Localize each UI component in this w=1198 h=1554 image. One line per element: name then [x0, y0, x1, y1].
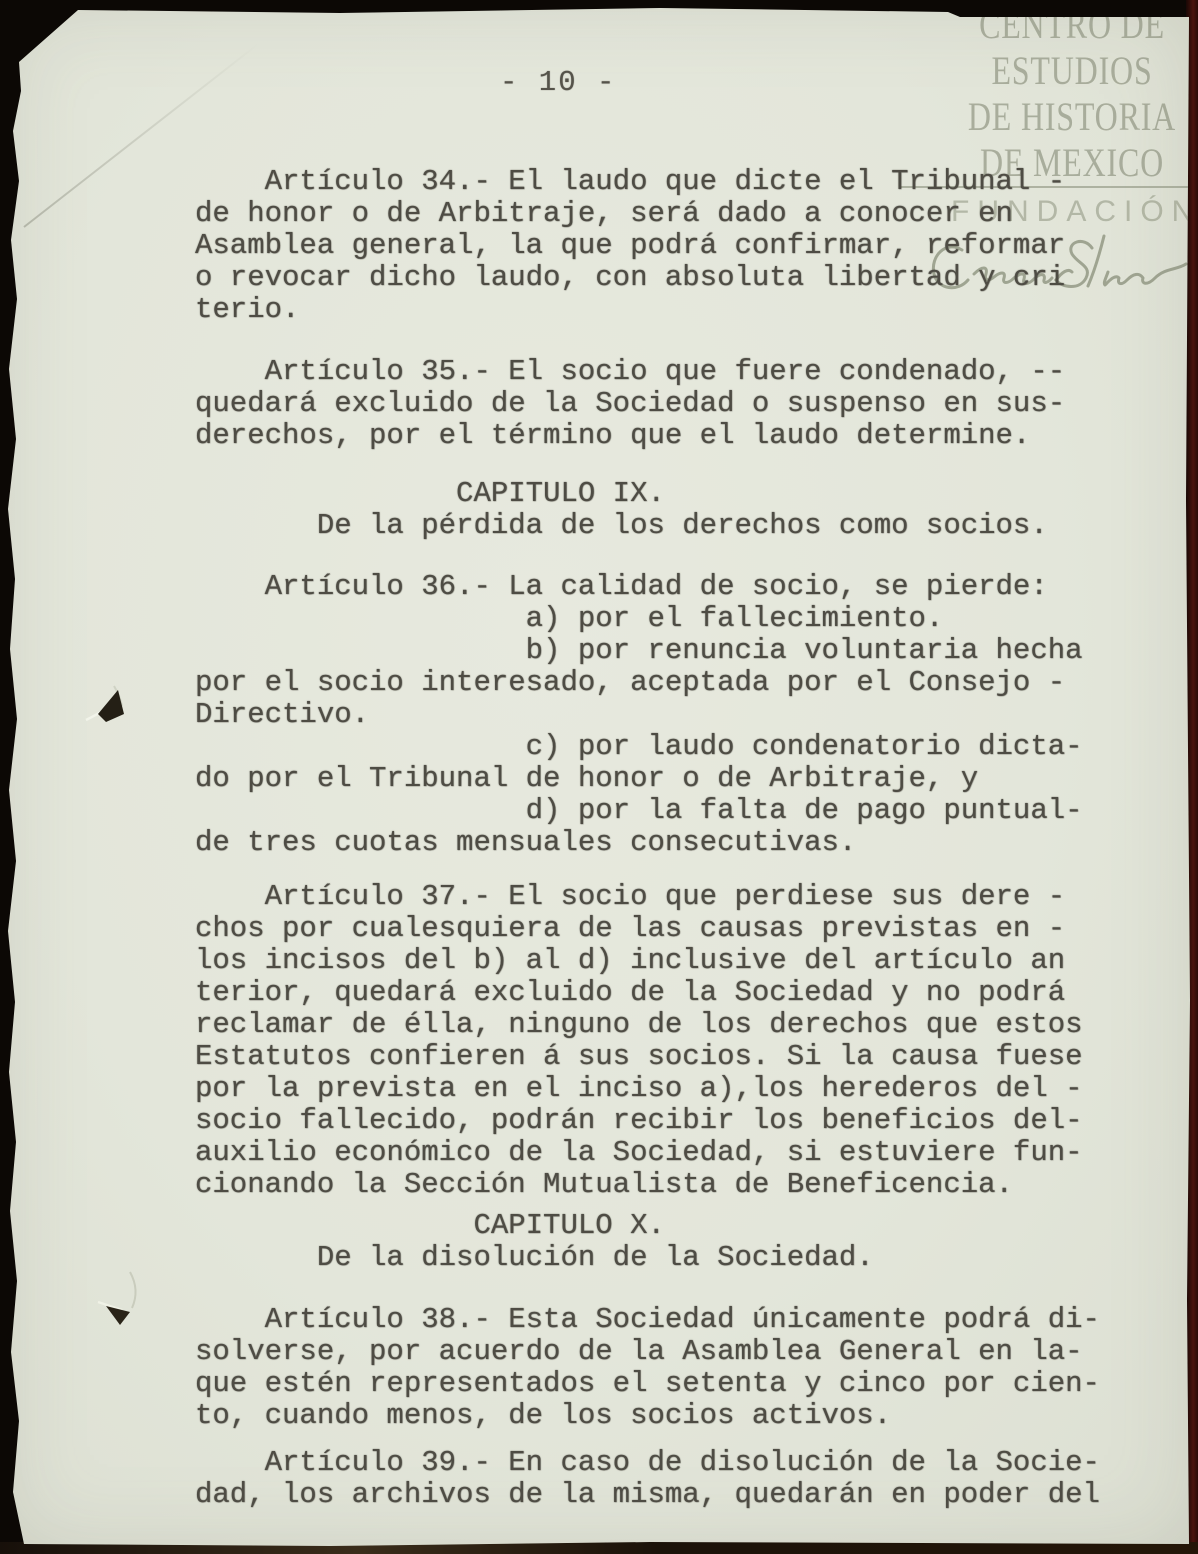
archive-watermark: CENTRO DE ESTUDIOS DE HISTORIA DE MEXICO	[952, 2, 1192, 186]
paper-tear-mark	[84, 680, 134, 735]
article-39-paragraph: Artículo 39.- En caso de disolución de l…	[195, 1447, 1100, 1511]
document-page: CENTRO DE ESTUDIOS DE HISTORIA DE MEXICO…	[0, 0, 1198, 1554]
article-35-paragraph: Artículo 35.- El socio que fuere condena…	[195, 356, 1065, 452]
chapter-x-heading: CAPITULO X. De la disolución de la Socie…	[195, 1210, 874, 1274]
chapter-ix-heading: CAPITULO IX. De la pérdida de los derech…	[195, 478, 1048, 542]
watermark-line: CENTRO DE	[952, 2, 1192, 48]
watermark-line: ESTUDIOS	[952, 48, 1192, 94]
article-34-paragraph: Artículo 34.- El laudo que dicte el Trib…	[195, 166, 1065, 326]
article-38-paragraph: Artículo 38.- Esta Sociedad únicamente p…	[195, 1304, 1100, 1432]
scanned-page-viewport: CENTRO DE ESTUDIOS DE HISTORIA DE MEXICO…	[0, 0, 1198, 1554]
page-number: - 10 -	[500, 66, 616, 99]
article-37-paragraph: Artículo 37.- El socio que perdiese sus …	[195, 881, 1083, 1201]
paper-tear-mark	[92, 1268, 147, 1333]
article-36-paragraph: Artículo 36.- La calidad de socio, se pi…	[195, 571, 1083, 859]
watermark-line: DE HISTORIA	[952, 94, 1192, 140]
